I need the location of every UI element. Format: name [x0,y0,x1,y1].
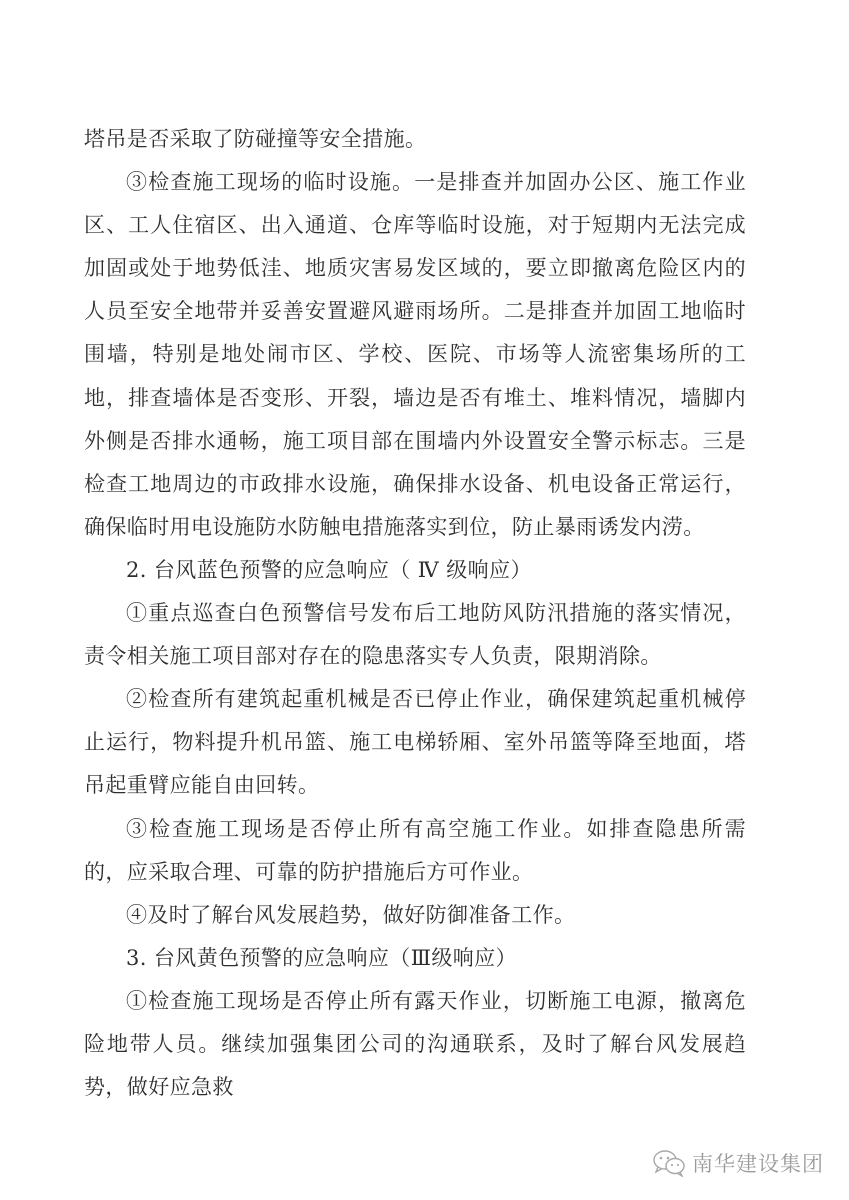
paragraph-yellow-item-1: ①检查施工现场是否停止所有露天作业，切断施工电源，撤离危险地带人员。继续加强集团… [84,980,746,1109]
paragraph-blue-item-2: ②检查所有建筑起重机械是否已停止作业，确保建筑起重机械停止运行，物料提升机吊篮、… [84,678,746,807]
paragraph-temporary-facilities: ③检查施工现场的临时设施。一是排查并加固办公区、施工作业区、工人住宿区、出入通道… [84,161,746,549]
paragraph-blue-item-1: ①重点巡查白色预警信号发布后工地防风防汛措施的落实情况，责令相关施工项目部对存在… [84,592,746,678]
paragraph-continuation: 塔吊是否采取了防碰撞等安全措施。 [84,118,746,161]
watermark-text: 南华建设集团 [692,1148,824,1178]
document-page: 塔吊是否采取了防碰撞等安全措施。 ③检查施工现场的临时设施。一是排查并加固办公区… [84,118,746,1109]
wechat-icon [652,1149,686,1177]
wechat-watermark: 南华建设集团 [652,1148,824,1178]
heading-blue-warning: 2. 台风蓝色预警的应急响应（ Ⅳ 级响应） [84,549,746,592]
heading-yellow-warning: 3. 台风黄色预警的应急响应（Ⅲ级响应） [84,937,746,980]
paragraph-blue-item-3: ③检查施工现场是否停止所有高空施工作业。如排查隐患所需的，应采取合理、可靠的防护… [84,808,746,894]
paragraph-blue-item-4: ④及时了解台风发展趋势，做好防御准备工作。 [84,894,746,937]
